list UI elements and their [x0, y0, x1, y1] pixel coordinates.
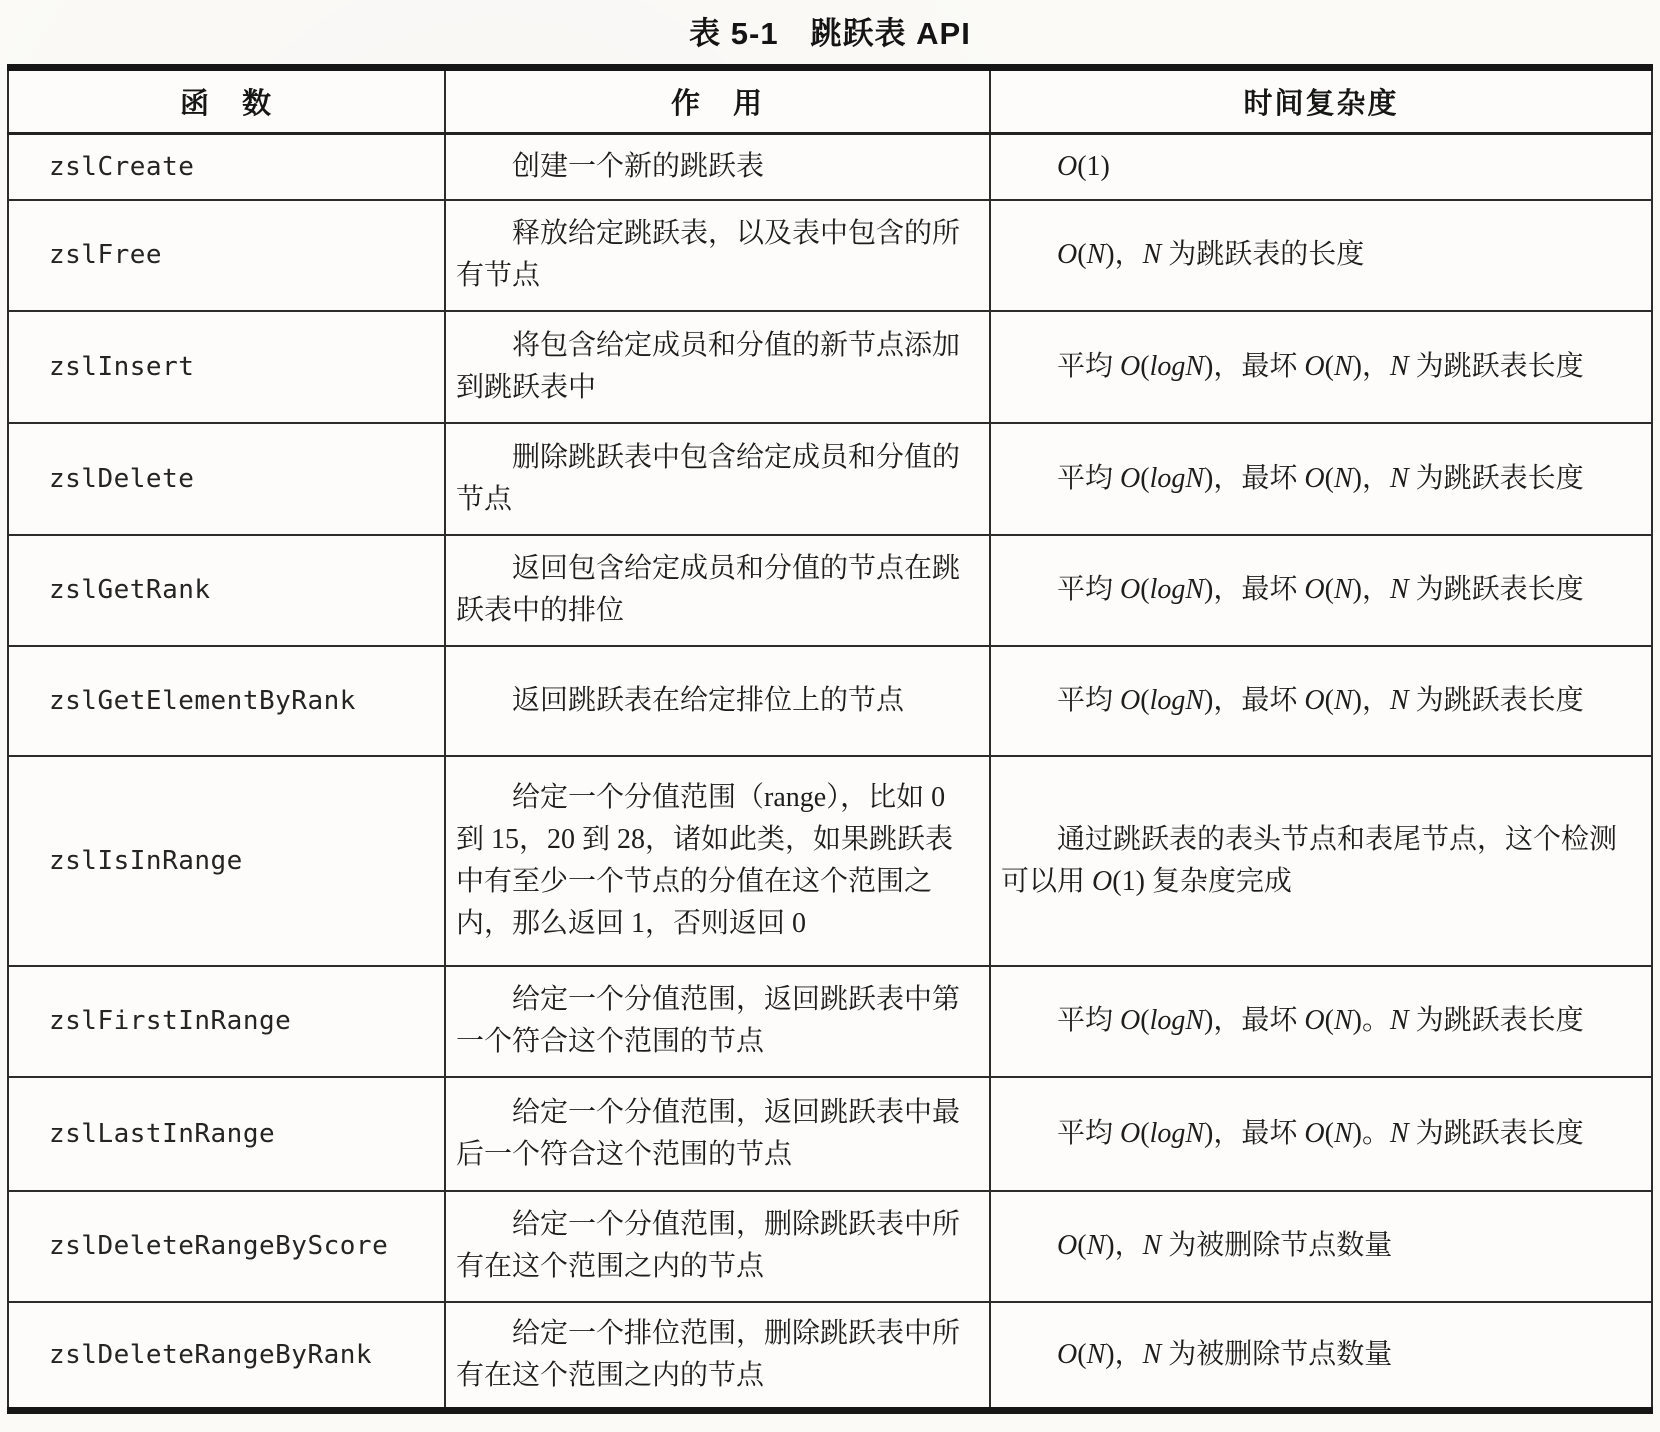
complexity-text: 通过跳跃表的表头节点和表尾节点，这个检测可以用 O(1) 复杂度完成 — [991, 817, 1651, 905]
complexity-text: O(N)，N 为被删除节点数量 — [991, 1332, 1651, 1378]
header-row: 函 数 作 用 时间复杂度 — [8, 68, 1652, 134]
function-name-cell: zslGetRank — [8, 535, 445, 646]
column-header-purpose: 作 用 — [445, 68, 990, 134]
complexity-cell: O(N)，N 为被删除节点数量 — [990, 1302, 1652, 1411]
description-text: 返回跳跃表在给定排位上的节点 — [446, 678, 989, 724]
function-name-cell: zslDeleteRangeByRank — [8, 1302, 445, 1411]
description-cell: 给定一个分值范围，返回跳跃表中第一个符合这个范围的节点 — [445, 966, 990, 1077]
function-name-cell: zslCreate — [8, 134, 445, 200]
description-text: 释放给定跳跃表，以及表中包含的所有节点 — [446, 211, 989, 299]
complexity-cell: O(N)，N 为跳跃表的长度 — [990, 200, 1652, 311]
description-text: 返回包含给定成员和分值的节点在跳跃表中的排位 — [446, 546, 989, 634]
description-cell: 将包含给定成员和分值的新节点添加到跳跃表中 — [445, 311, 990, 423]
description-text: 给定一个分值范围，返回跳跃表中最后一个符合这个范围的节点 — [446, 1090, 989, 1178]
table-row: zslLastInRange给定一个分值范围，返回跳跃表中最后一个符合这个范围的… — [8, 1077, 1652, 1191]
description-cell: 给定一个排位范围，删除跳跃表中所有在这个范围之内的节点 — [445, 1302, 990, 1411]
complexity-cell: 平均 O(logN)，最坏 O(N)，N 为跳跃表长度 — [990, 311, 1652, 423]
table-row: zslInsert将包含给定成员和分值的新节点添加到跳跃表中平均 O(logN)… — [8, 311, 1652, 423]
complexity-text: 平均 O(logN)，最坏 O(N)。N 为跳跃表长度 — [991, 998, 1651, 1044]
skiplist-api-table: 函 数 作 用 时间复杂度 zslCreate创建一个新的跳跃表O(1)zslF… — [7, 64, 1653, 1414]
function-name-cell: zslIsInRange — [8, 756, 445, 966]
complexity-cell: 平均 O(logN)，最坏 O(N)。N 为跳跃表长度 — [990, 966, 1652, 1077]
description-cell: 删除跳跃表中包含给定成员和分值的节点 — [445, 423, 990, 535]
table-row: zslDeleteRangeByRank给定一个排位范围，删除跳跃表中所有在这个… — [8, 1302, 1652, 1411]
function-name-cell: zslFirstInRange — [8, 966, 445, 1077]
description-text: 将包含给定成员和分值的新节点添加到跳跃表中 — [446, 323, 989, 411]
description-cell: 给定一个分值范围，返回跳跃表中最后一个符合这个范围的节点 — [445, 1077, 990, 1191]
description-text: 给定一个分值范围，删除跳跃表中所有在这个范围之内的节点 — [446, 1202, 989, 1290]
table-row: zslGetRank返回包含给定成员和分值的节点在跳跃表中的排位平均 O(log… — [8, 535, 1652, 646]
complexity-cell: O(N)，N 为被删除节点数量 — [990, 1191, 1652, 1302]
description-cell: 给定一个分值范围，删除跳跃表中所有在这个范围之内的节点 — [445, 1191, 990, 1302]
complexity-cell: 平均 O(logN)，最坏 O(N)，N 为跳跃表长度 — [990, 646, 1652, 756]
description-text: 删除跳跃表中包含给定成员和分值的节点 — [446, 435, 989, 523]
complexity-text: 平均 O(logN)，最坏 O(N)，N 为跳跃表长度 — [991, 678, 1651, 724]
complexity-cell: O(1) — [990, 134, 1652, 200]
table-row: zslFirstInRange给定一个分值范围，返回跳跃表中第一个符合这个范围的… — [8, 966, 1652, 1077]
table-row: zslDeleteRangeByScore给定一个分值范围，删除跳跃表中所有在这… — [8, 1191, 1652, 1302]
table-row: zslIsInRange给定一个分值范围（range），比如 0 到 15，20… — [8, 756, 1652, 966]
description-cell: 给定一个分值范围（range），比如 0 到 15，20 到 28，诸如此类，如… — [445, 756, 990, 966]
complexity-cell: 平均 O(logN)，最坏 O(N)，N 为跳跃表长度 — [990, 423, 1652, 535]
complexity-cell: 平均 O(logN)，最坏 O(N)。N 为跳跃表长度 — [990, 1077, 1652, 1191]
column-header-function: 函 数 — [8, 68, 445, 134]
table-body: zslCreate创建一个新的跳跃表O(1)zslFree释放给定跳跃表，以及表… — [8, 134, 1652, 1411]
function-name-cell: zslFree — [8, 200, 445, 311]
column-header-complexity: 时间复杂度 — [990, 68, 1652, 134]
complexity-cell: 平均 O(logN)，最坏 O(N)，N 为跳跃表长度 — [990, 535, 1652, 646]
book-page: 表 5-1 跳跃表 API 函 数 作 用 时间复杂度 zslCreate创建一… — [0, 0, 1660, 1432]
description-text: 创建一个新的跳跃表 — [446, 144, 989, 190]
function-name-cell: zslDelete — [8, 423, 445, 535]
table-caption: 表 5-1 跳跃表 API — [0, 12, 1660, 56]
description-text: 给定一个排位范围，删除跳跃表中所有在这个范围之内的节点 — [446, 1311, 989, 1399]
complexity-text: O(1) — [991, 144, 1651, 190]
table-row: zslDelete删除跳跃表中包含给定成员和分值的节点平均 O(logN)，最坏… — [8, 423, 1652, 535]
complexity-text: 平均 O(logN)，最坏 O(N)。N 为跳跃表长度 — [991, 1111, 1651, 1157]
table-row: zslCreate创建一个新的跳跃表O(1) — [8, 134, 1652, 200]
complexity-text: 平均 O(logN)，最坏 O(N)，N 为跳跃表长度 — [991, 567, 1651, 613]
complexity-text: 平均 O(logN)，最坏 O(N)，N 为跳跃表长度 — [991, 344, 1651, 390]
function-name-cell: zslDeleteRangeByScore — [8, 1191, 445, 1302]
description-text: 给定一个分值范围（range），比如 0 到 15，20 到 28，诸如此类，如… — [446, 775, 989, 947]
table-row: zslFree释放给定跳跃表，以及表中包含的所有节点O(N)，N 为跳跃表的长度 — [8, 200, 1652, 311]
function-name-cell: zslGetElementByRank — [8, 646, 445, 756]
description-text: 给定一个分值范围，返回跳跃表中第一个符合这个范围的节点 — [446, 977, 989, 1065]
description-cell: 返回跳跃表在给定排位上的节点 — [445, 646, 990, 756]
complexity-text: O(N)，N 为跳跃表的长度 — [991, 232, 1651, 278]
description-cell: 创建一个新的跳跃表 — [445, 134, 990, 200]
function-name-cell: zslLastInRange — [8, 1077, 445, 1191]
complexity-text: O(N)，N 为被删除节点数量 — [991, 1223, 1651, 1269]
description-cell: 返回包含给定成员和分值的节点在跳跃表中的排位 — [445, 535, 990, 646]
table-row: zslGetElementByRank返回跳跃表在给定排位上的节点平均 O(lo… — [8, 646, 1652, 756]
complexity-cell: 通过跳跃表的表头节点和表尾节点，这个检测可以用 O(1) 复杂度完成 — [990, 756, 1652, 966]
function-name-cell: zslInsert — [8, 311, 445, 423]
complexity-text: 平均 O(logN)，最坏 O(N)，N 为跳跃表长度 — [991, 456, 1651, 502]
description-cell: 释放给定跳跃表，以及表中包含的所有节点 — [445, 200, 990, 311]
